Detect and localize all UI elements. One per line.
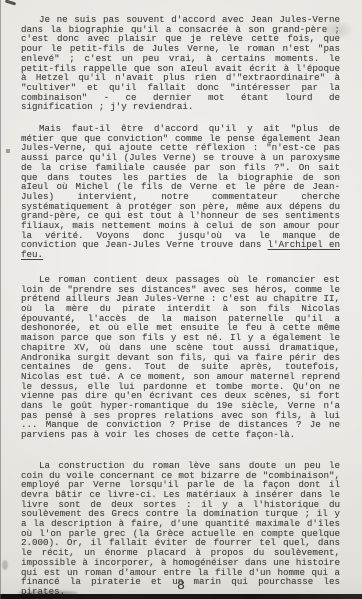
scan-smudge-bottom-edge <box>2 560 8 570</box>
scan-edge-line-left <box>0 0 1 599</box>
scanned-page: Je ne suis pas souvent d'accord avec Jea… <box>0 0 362 599</box>
scan-mark-left-margin <box>6 149 10 153</box>
scan-mark-top-left <box>5 0 16 6</box>
paragraph-1: Je ne suis pas souvent d'accord avec Jea… <box>21 15 340 112</box>
scan-smudge-top-right <box>320 20 354 40</box>
text-block: Je ne suis pas souvent d'accord avec Jea… <box>21 15 340 597</box>
paragraph-2-text: Mais faut-il être d'accord qu'il y ait "… <box>21 123 340 250</box>
paragraph-2: Mais faut-il être d'accord qu'il y ait "… <box>21 124 340 260</box>
paragraph-3: Le roman contient deux passages où le ro… <box>21 275 340 440</box>
paragraph-4: La construction du roman lève sans doute… <box>21 461 340 597</box>
scan-edge-bar <box>0 594 362 599</box>
